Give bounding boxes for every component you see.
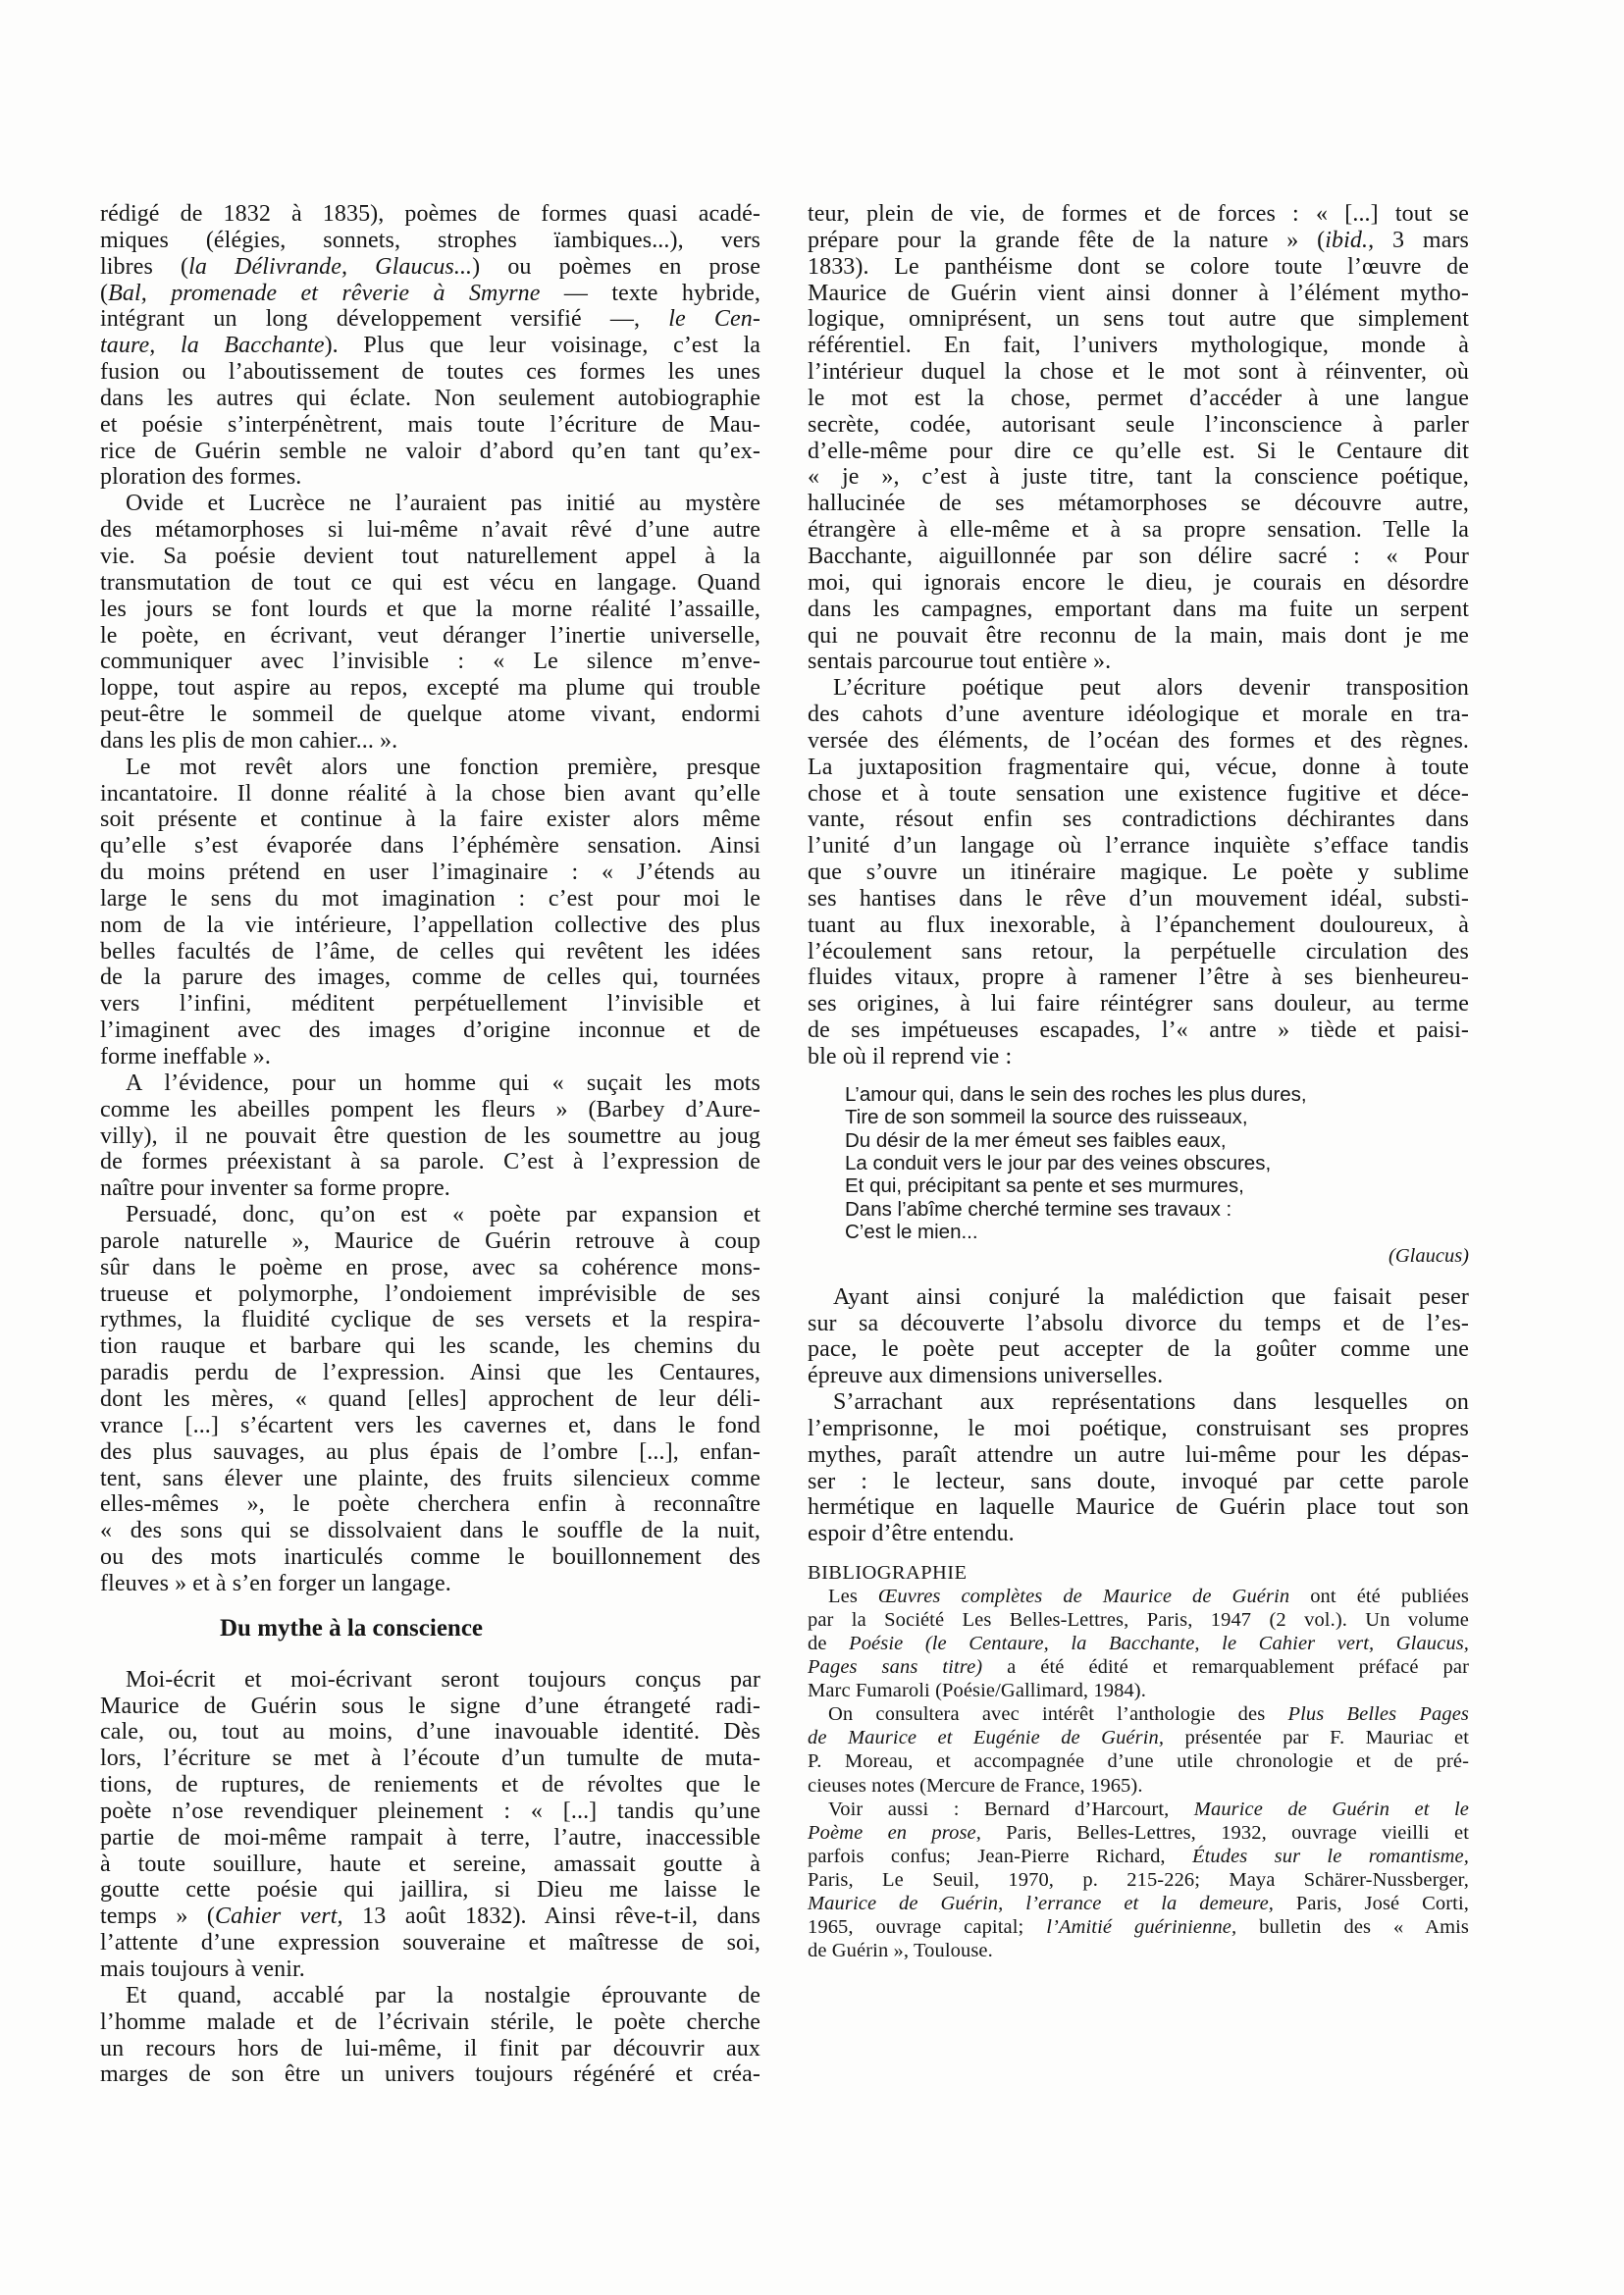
text-line: Poème en prose, Paris, Belles-Lettres, 1…: [808, 1821, 1469, 1845]
text-line: tent, sans élever une plainte, des fruit…: [100, 1466, 760, 1492]
paragraph: rédigé de 1832 à 1835), poèmes de formes…: [100, 201, 760, 491]
text-line: ploration des formes.: [100, 464, 760, 491]
text-line: vie. Sa poésie devient tout naturellemen…: [100, 544, 760, 570]
text-line: sur sa découverte l’absolu divorce du te…: [808, 1311, 1469, 1337]
paragraph: Ovide et Lucrèce ne l’auraient pas initi…: [100, 491, 760, 754]
text-line: belles facultés de l’âme, de celles qui …: [100, 939, 760, 965]
text-line: fleuves » et à s’en forger un langage.: [100, 1571, 760, 1597]
text-line: mythes, paraît attendre un autre lui-mêm…: [808, 1442, 1469, 1469]
italic-text: le Cen-: [668, 306, 760, 332]
text-line: que s’ouvre un itinéraire magique. Le po…: [808, 860, 1469, 886]
text-line: vante, résout enfin ses contradictions d…: [808, 807, 1469, 833]
scanned-document-page: rédigé de 1832 à 1835), poèmes de formes…: [0, 0, 1624, 2295]
text-line: le mot est la chose, permet d’accéder à …: [808, 386, 1469, 412]
text-line: Et quand, accablé par la nostalgie éprou…: [100, 1983, 760, 2009]
text-line: dans les autres qui éclate. Non seulemen…: [100, 386, 760, 412]
text-line: secrète, codée, autorisant seule l’incon…: [808, 412, 1469, 439]
text-line: ses origines, à lui faire réintégrer san…: [808, 991, 1469, 1017]
paragraph: teur, plein de vie, de formes et de forc…: [808, 201, 1469, 675]
text-line: vrance [...] s’écartent vers les caverne…: [100, 1413, 760, 1439]
italic-text: Poésie (le Centaure, la Bacchante, le Ca…: [849, 1633, 1469, 1654]
text-line: mais toujours à venir.: [100, 1956, 760, 1983]
text-line: des plus sauvages, au plus épais de l’om…: [100, 1439, 760, 1466]
text-line: La juxtaposition fragmentaire qui, vécue…: [808, 755, 1469, 781]
bibliography-paragraph: Les Œuvres complètes de Maurice de Guéri…: [808, 1585, 1469, 1702]
text-line: teur, plein de vie, de formes et de forc…: [808, 201, 1469, 228]
text-line: (Bal, promenade et rêverie à Smyrne — te…: [100, 281, 760, 307]
text-line: épreuve aux dimensions universelles.: [808, 1363, 1469, 1389]
text-line: sentais parcourue tout entière ».: [808, 649, 1469, 675]
text-line: tion rauque et barbare qui les scande, l…: [100, 1333, 760, 1360]
italic-text: Poème en prose,: [808, 1822, 981, 1844]
text-line: du moins prétend en user l’imaginaire : …: [100, 860, 760, 886]
bibliography-paragraph: Voir aussi : Bernard d’Harcourt, Maurice…: [808, 1798, 1469, 1962]
text-line: Les Œuvres complètes de Maurice de Guéri…: [808, 1585, 1469, 1608]
text-line: large le sens du mot imagination : c’est…: [100, 886, 760, 913]
text-line: l’emprisonne, le moi poétique, construis…: [808, 1416, 1469, 1442]
text-line: Ayant ainsi conjuré la malédiction que f…: [808, 1284, 1469, 1311]
paragraph: Persuadé, donc, qu’on est « poète par ex…: [100, 1202, 760, 1597]
text-line: versée des éléments, de l’océan des form…: [808, 728, 1469, 755]
text-column-right: teur, plein de vie, de formes et de forc…: [808, 201, 1469, 1962]
text-line: transmutation de tout ce qui est vécu en…: [100, 570, 760, 597]
text-line: Paris, Le Seuil, 1970, p. 215-226; Maya …: [808, 1868, 1469, 1892]
text-line: Voir aussi : Bernard d’Harcourt, Maurice…: [808, 1798, 1469, 1821]
paragraph: S’arrachant aux représentations dans les…: [808, 1389, 1469, 1547]
text-line: P. Moreau, et accompagnée d’une utile ch…: [808, 1749, 1469, 1773]
verse-line: Dans l’abîme cherché termine ses travaux…: [845, 1198, 1469, 1221]
text-line: Persuadé, donc, qu’on est « poète par ex…: [100, 1202, 760, 1228]
text-line: l’unité d’un langage où l’errance inquiè…: [808, 833, 1469, 860]
text-line: de formes préexistant à sa parole. C’est…: [100, 1149, 760, 1175]
text-line: parfois confus; Jean-Pierre Richard, Étu…: [808, 1845, 1469, 1868]
italic-text: Pages sans titre): [808, 1656, 982, 1678]
text-line: poète n’ose revendiquer pleinement : « […: [100, 1799, 760, 1825]
text-line: miques (élégies, sonnets, strophes ïambi…: [100, 228, 760, 254]
text-line: lors, l’écriture se met à l’écoute d’un …: [100, 1746, 760, 1772]
text-line: peut-être le sommeil de quelque atome vi…: [100, 702, 760, 728]
text-line: marges de son être un univers toujours r…: [100, 2061, 760, 2088]
text-line: comme les abeilles pompent les fleurs » …: [100, 1097, 760, 1123]
verse-line: La conduit vers le jour par des veines o…: [845, 1152, 1469, 1174]
text-line: trueuse et polymorphe, l’ondoiement impr…: [100, 1281, 760, 1308]
text-line: elles-mêmes », le poète cherchera enfin …: [100, 1491, 760, 1518]
paragraph: L’écriture poétique peut alors devenir t…: [808, 675, 1469, 1070]
text-line: parole naturelle », Maurice de Guérin re…: [100, 1228, 760, 1255]
text-line: dans les campagnes, emportant dans ma fu…: [808, 597, 1469, 623]
text-line: dont les mères, « quand [elles] approche…: [100, 1386, 760, 1413]
text-line: S’arrachant aux représentations dans les…: [808, 1389, 1469, 1416]
bibliography-heading: BIBLIOGRAPHIE: [808, 1561, 1469, 1585]
text-line: forme ineffable ».: [100, 1044, 760, 1070]
text-line: prépare pour la grande fête de la nature…: [808, 228, 1469, 254]
text-line: naître pour inventer sa forme propre.: [100, 1175, 760, 1202]
paragraph: Le mot revêt alors une fonction première…: [100, 755, 760, 1070]
paragraph: Et quand, accablé par la nostalgie éprou…: [100, 1983, 760, 2088]
text-line: des métamorphoses si lui-même n’avait rê…: [100, 517, 760, 544]
text-line: L’écriture poétique peut alors devenir t…: [808, 675, 1469, 702]
italic-text: l’Amitié guérinienne,: [1046, 1916, 1236, 1938]
text-line: rythmes, la fluidité cyclique de ses ver…: [100, 1307, 760, 1333]
text-line: libres (la Délivrande, Glaucus...) ou po…: [100, 254, 760, 281]
paragraph: Ayant ainsi conjuré la malédiction que f…: [808, 1284, 1469, 1389]
text-line: Maurice de Guérin, l’errance et la demeu…: [808, 1892, 1469, 1915]
text-line: qui ne pouvait être reconnu de la main, …: [808, 623, 1469, 650]
italic-text: Œuvres complètes de Maurice de Guérin: [878, 1586, 1289, 1607]
text-line: On consultera avec intérêt l’anthologie …: [808, 1702, 1469, 1726]
text-line: cale, ou, tout au moins, d’une inavouabl…: [100, 1719, 760, 1746]
text-line: nom de la vie intérieure, l’appellation …: [100, 913, 760, 939]
paragraph: Moi-écrit et moi-écrivant seront toujour…: [100, 1667, 760, 1983]
text-line: fusion ou l’aboutissement de toutes ces …: [100, 359, 760, 386]
text-line: l’attente d’une expression souveraine et…: [100, 1930, 760, 1956]
text-line: villy), il ne pouvait être question de l…: [100, 1123, 760, 1150]
verse-line: Et qui, précipitant sa pente et ses murm…: [845, 1174, 1469, 1197]
verse-line: C’est le mien...: [845, 1221, 1469, 1243]
text-column-left: rédigé de 1832 à 1835), poèmes de formes…: [100, 201, 760, 2088]
text-line: cieuses notes (Mercure de France, 1965).: [808, 1774, 1469, 1798]
text-line: étrangère à elle-même et à sa propre sen…: [808, 517, 1469, 544]
text-line: pace, le poète peut accepter de la goûte…: [808, 1336, 1469, 1363]
text-line: soit présente et continue à la faire exi…: [100, 807, 760, 833]
text-line: d’elle-même pour dire ce qu’elle est. Si…: [808, 439, 1469, 465]
text-line: et poésie s’interpénètrent, mais toute l…: [100, 412, 760, 439]
text-line: Maurice de Guérin sous le signe d’une ét…: [100, 1694, 760, 1720]
verse-line: Du désir de la mer émeut ses faibles eau…: [845, 1129, 1469, 1152]
text-line: Bacchante, aiguillonnée par son délire s…: [808, 544, 1469, 570]
text-line: le poète, en écrivant, veut déranger l’i…: [100, 623, 760, 650]
text-line: rédigé de 1832 à 1835), poèmes de formes…: [100, 201, 760, 228]
text-line: vers l’infini, méditent perpétuellement …: [100, 991, 760, 1017]
text-line: de Poésie (le Centaure, la Bacchante, le…: [808, 1632, 1469, 1655]
italic-text: ibid.,: [1325, 228, 1374, 253]
text-line: Moi-écrit et moi-écrivant seront toujour…: [100, 1667, 760, 1694]
text-line: Le mot revêt alors une fonction première…: [100, 755, 760, 781]
italic-text: Maurice de Guérin, l’errance et la demeu…: [808, 1893, 1274, 1914]
poem-attribution: (Glaucus): [808, 1245, 1469, 1268]
text-line: de ses impétueuses escapades, l’« antre …: [808, 1017, 1469, 1044]
text-line: un recours hors de lui-même, il finit pa…: [100, 2036, 760, 2062]
italic-text: Bal, promenade et rêverie à Smyrne: [108, 281, 540, 306]
text-line: 1833). Le panthéisme dont se colore tout…: [808, 254, 1469, 281]
text-line: hermétique en laquelle Maurice de Guérin…: [808, 1494, 1469, 1521]
text-line: taure, la Bacchante). Plus que leur vois…: [100, 333, 760, 359]
text-line: Marc Fumaroli (Poésie/Gallimard, 1984).: [808, 1679, 1469, 1702]
verse-line: Tire de son sommeil la source des ruisse…: [845, 1106, 1469, 1128]
text-line: A l’évidence, pour un homme qui « suçait…: [100, 1070, 760, 1097]
text-line: l’imaginent avec des images d’origine in…: [100, 1017, 760, 1044]
text-line: communiquer avec l’invisible : « Le sile…: [100, 649, 760, 675]
bibliography-paragraph: On consultera avec intérêt l’anthologie …: [808, 1702, 1469, 1797]
text-line: ble où il reprend vie :: [808, 1044, 1469, 1070]
text-line: paradis perdu de l’expression. Ainsi que…: [100, 1360, 760, 1386]
text-line: partie de moi-même rampait à terre, l’au…: [100, 1825, 760, 1852]
verse-quote: L’amour qui, dans le sein des roches les…: [808, 1083, 1469, 1244]
text-line: espoir d’être entendu.: [808, 1521, 1469, 1547]
paragraph: A l’évidence, pour un homme qui « suçait…: [100, 1070, 760, 1202]
text-line: rice de Guérin semble ne valoir d’abord …: [100, 439, 760, 465]
italic-text: Plus Belles Pages: [1287, 1703, 1469, 1725]
text-line: sûr dans le poème en prose, avec sa cohé…: [100, 1255, 760, 1281]
verse-line: L’amour qui, dans le sein des roches les…: [845, 1083, 1469, 1106]
text-line: tions, de ruptures, de reniements et de …: [100, 1772, 760, 1799]
text-line: de Maurice et Eugénie de Guérin, présent…: [808, 1726, 1469, 1749]
italic-text: de Maurice et Eugénie de Guérin,: [808, 1727, 1164, 1748]
text-line: 1965, ouvrage capital; l’Amitié guérinie…: [808, 1915, 1469, 1939]
text-line: goutte cette poésie qui jaillira, si Die…: [100, 1877, 760, 1904]
text-line: tuant au flux inexorable, à l’épanchemen…: [808, 913, 1469, 939]
text-line: logique, omniprésent, un sens tout autre…: [808, 306, 1469, 333]
text-line: l’intérieur duquel la chose et le mot so…: [808, 359, 1469, 386]
italic-text: la Délivrande, Glaucus...: [188, 254, 472, 280]
text-line: hallucinée de ses métamorphoses se décou…: [808, 491, 1469, 517]
text-line: fluides vitaux, propre à ramener l’être …: [808, 965, 1469, 991]
text-line: les jours se font lourds et que la morne…: [100, 597, 760, 623]
text-line: « je », c’est à juste titre, tant la con…: [808, 464, 1469, 491]
text-line: l’homme malade et de l’écrivain stérile,…: [100, 2009, 760, 2036]
text-line: des cahots d’une aventure idéologique et…: [808, 702, 1469, 728]
text-line: intégrant un long développement versifié…: [100, 306, 760, 333]
text-line: par la Société Les Belles-Lettres, Paris…: [808, 1608, 1469, 1632]
text-line: Pages sans titre) a été édité et remarqu…: [808, 1655, 1469, 1679]
text-line: référentiel. En fait, l’univers mytholog…: [808, 333, 1469, 359]
italic-text: Cahier vert,: [215, 1904, 343, 1929]
text-line: moi, qui ignorais encore le dieu, je cou…: [808, 570, 1469, 597]
italic-text: Maurice de Guérin et le: [1194, 1799, 1469, 1820]
text-line: l’écoulement sans retour, la perpétuelle…: [808, 939, 1469, 965]
italic-text: Études sur le romantisme,: [1192, 1846, 1469, 1867]
text-line: chose et à toute sensation une existence…: [808, 781, 1469, 808]
text-line: de la parure des images, comme de celles…: [100, 965, 760, 991]
section-heading: Du mythe à la conscience: [100, 1615, 760, 1642]
text-line: temps » (Cahier vert, 13 août 1832). Ain…: [100, 1904, 760, 1930]
text-line: loppe, tout aspire au repos, excepté ma …: [100, 675, 760, 702]
text-line: de Guérin », Toulouse.: [808, 1939, 1469, 1962]
text-line: qu’elle s’est évaporée dans l’éphémère s…: [100, 833, 760, 860]
text-line: dans les plis de mon cahier... ».: [100, 728, 760, 755]
text-line: Ovide et Lucrèce ne l’auraient pas initi…: [100, 491, 760, 517]
italic-text: taure, la Bacchante: [100, 333, 325, 358]
text-line: « des sons qui se dissolvaient dans le s…: [100, 1518, 760, 1544]
text-line: incantatoire. Il donne réalité à la chos…: [100, 781, 760, 808]
text-line: ses hantises dans le rêve d’un mouvement…: [808, 886, 1469, 913]
text-line: ser : le lecteur, sans doute, invoqué pa…: [808, 1469, 1469, 1495]
text-line: Maurice de Guérin vient ainsi donner à l…: [808, 281, 1469, 307]
text-line: ou des mots inarticulés comme le bouillo…: [100, 1544, 760, 1571]
text-line: à toute souillure, haute et sereine, ama…: [100, 1852, 760, 1878]
